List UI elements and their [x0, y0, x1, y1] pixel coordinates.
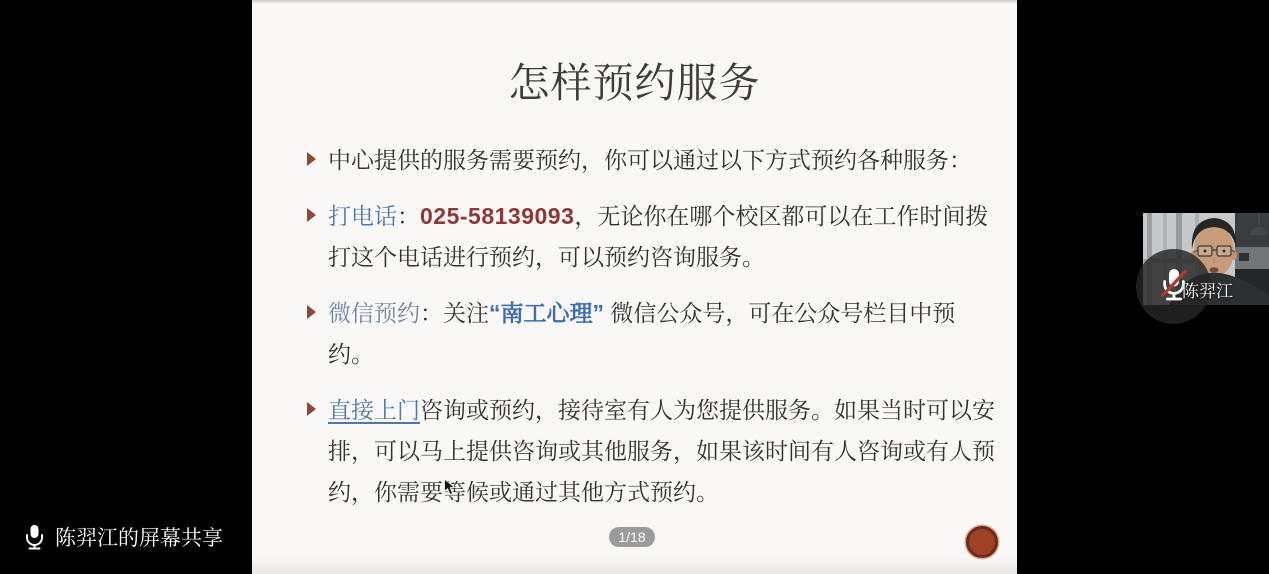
text-segment-red-bold: 025-58139093 [420, 203, 574, 229]
bullet-triangle-icon [307, 152, 316, 166]
slide-decoration-circle [966, 526, 998, 558]
screen-share-label: 陈羿江的屏幕共享 [55, 522, 223, 552]
bullet-text: 中心提供的服务需要预约，你可以通过以下方式预约各种服务： [328, 140, 997, 181]
text-segment-normal: 中心提供的服务需要预约，你可以通过以下方式预约各种服务： [328, 147, 972, 173]
bullet-triangle-icon [307, 208, 316, 222]
bullet-text: 直接上门咨询或预约，接待室有人为您提供服务。如果当时可以安排，可以马上提供咨询或… [328, 390, 997, 513]
screen-share-banner: 陈羿江的屏幕共享 [25, 522, 223, 552]
bullet-text: 微信预约：关注“南工心理” 微信公众号，可在公众号栏目中预约。 [328, 293, 997, 375]
participant-name: 陈羿江 [1182, 277, 1233, 302]
bullet-item: 中心提供的服务需要预约，你可以通过以下方式预约各种服务： [307, 140, 997, 181]
bullet-triangle-icon [307, 305, 316, 319]
bullet-item: 打电话：025-58139093，无论你在哪个校区都可以在工作时间拨打这个电话进… [307, 196, 997, 278]
webcam-video[interactable]: 陈羿江 [1143, 213, 1269, 305]
mouse-cursor [443, 478, 456, 496]
text-segment-blue-underline: 直接上门 [328, 397, 420, 423]
presentation-slide: 怎样预约服务 中心提供的服务需要预约，你可以通过以下方式预约各种服务：打电话：0… [252, 0, 1017, 574]
bullet-item: 直接上门咨询或预约，接待室有人为您提供服务。如果当时可以安排，可以马上提供咨询或… [307, 390, 997, 513]
bullet-triangle-icon [307, 402, 316, 416]
bullet-list: 中心提供的服务需要预约，你可以通过以下方式预约各种服务：打电话：025-5813… [307, 140, 997, 528]
text-segment-blue: 打电话 [328, 203, 397, 229]
slide-title: 怎样预约服务 [252, 50, 1017, 109]
microphone-icon [25, 524, 44, 550]
bullet-text: 打电话：025-58139093，无论你在哪个校区都可以在工作时间拨打这个电话进… [328, 196, 997, 278]
page-indicator-badge: 1/18 [609, 527, 655, 547]
bullet-item: 微信预约：关注“南工心理” 微信公众号，可在公众号栏目中预约。 [307, 293, 997, 375]
text-segment-blue-bold: “南工心理” [489, 300, 604, 326]
text-segment-blue-light: 微信预约 [328, 300, 420, 326]
page-indicator: 1/18 [618, 529, 645, 545]
text-segment-normal: ： [397, 203, 420, 229]
text-segment-normal: 咨询或预约，接待室有人为您提供服务。如果当时可以安排，可以马上提供咨询或其他服务… [328, 397, 995, 505]
text-segment-normal: ：关注 [420, 300, 489, 326]
meeting-window: 怎样预约服务 中心提供的服务需要预约，你可以通过以下方式预约各种服务：打电话：0… [0, 0, 1269, 574]
